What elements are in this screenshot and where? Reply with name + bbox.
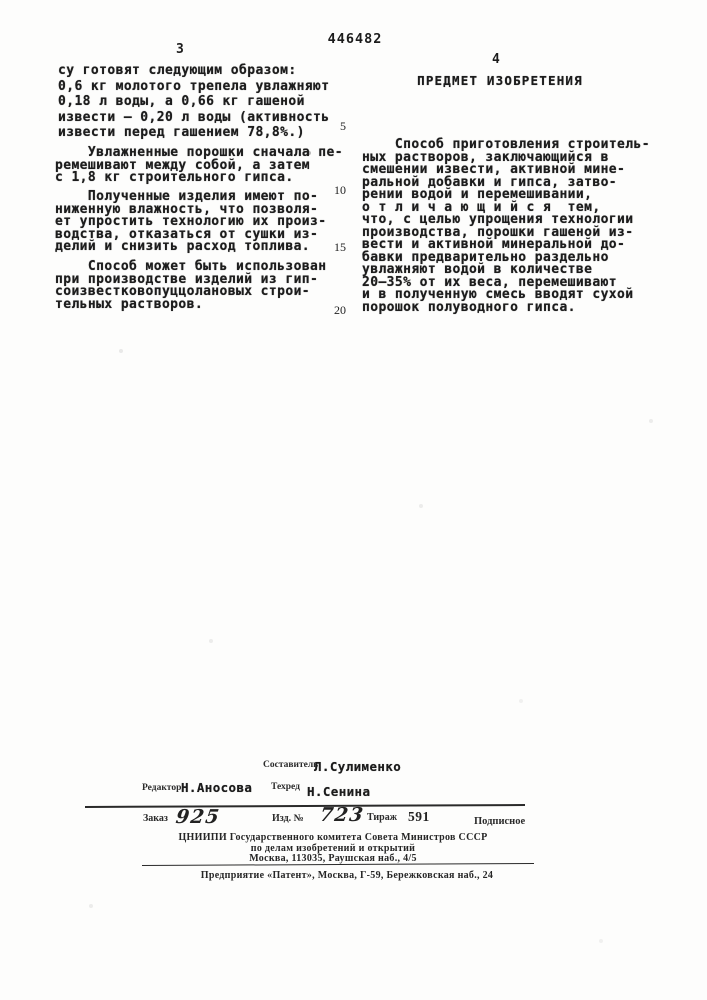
margin-line-number-5: 5 (322, 119, 346, 134)
compiler-label: Составитель (263, 760, 318, 770)
margin-line-number-15: 15 (322, 240, 346, 255)
left-column-paragraph-4: Способ может быть использован при произв… (55, 261, 355, 311)
print-run-number: 591 (408, 809, 430, 825)
edition-number-handwritten: 723 (318, 804, 365, 826)
claims-heading: ПРЕДМЕТ ИЗОБРЕТЕНИЯ (362, 73, 638, 88)
right-column-paragraph-1: Способ приготовления строитель- ных раст… (362, 139, 654, 314)
compiler-name: Л.Сулименко (314, 759, 401, 774)
patent-number: 446482 (325, 31, 385, 47)
scan-specks (0, 0, 2, 2)
editor-name: Н.Аносова (181, 780, 252, 795)
footer-rule-top (85, 804, 525, 808)
printer-line: Предприятие «Патент», Москва, Г-59, Бере… (47, 870, 647, 881)
publisher-address-line: Москва, 113035, Раушская наб., 4/5 (33, 853, 633, 864)
order-label: Заказ (143, 813, 168, 824)
margin-line-number-20: 20 (322, 303, 346, 318)
techred-label: Техред (271, 782, 300, 792)
patent-document-page: 446482 3 4 су готовят следующим образом:… (0, 0, 707, 1000)
print-run-label: Тираж (367, 812, 397, 823)
left-column-paragraph-2: Увлажненные порошки сначала пе- ремешива… (55, 147, 355, 185)
subscription-label: Подписное (474, 816, 525, 827)
page-number-left: 3 (176, 42, 184, 57)
editor-label: Редактор (142, 783, 181, 793)
techred-name: Н.Сенина (307, 784, 370, 799)
order-number-handwritten: 925 (174, 806, 221, 828)
edition-label: Изд. № (272, 813, 304, 824)
publisher-org-line-1: ЦНИИПИ Государственного комитета Совета … (33, 832, 633, 843)
left-column-paragraph-1: су готовят следующим образом: 0,6 кг мол… (58, 63, 358, 141)
page-number-right: 4 (492, 52, 500, 67)
left-column-paragraph-3: Полученные изделия имеют по- ниженную вл… (55, 191, 355, 254)
margin-line-number-10: 10 (322, 183, 346, 198)
